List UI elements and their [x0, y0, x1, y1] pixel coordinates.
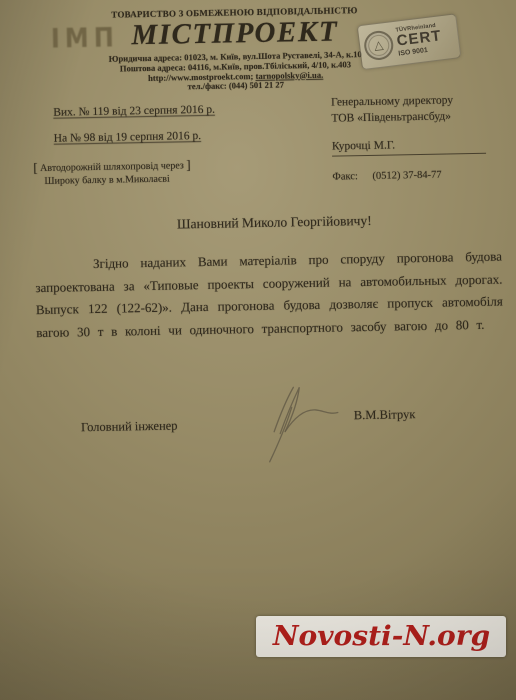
open-bracket: [	[33, 160, 38, 175]
subject-note: [ Автодорожній шляхопровід через ] Широк…	[33, 159, 191, 188]
signatory-name: В.М.Вітрук	[354, 407, 416, 423]
outgoing-ref-line: Вих. № 119 від 23 серпня 2016 р.	[53, 97, 215, 126]
letterhead: ТОВАРИСТВО З ОБМЕЖЕНОЮ ВІДПОВІДАЛЬНІСТЮ …	[98, 5, 371, 94]
salutation: Шановний Миколо Георгійовичу!	[0, 210, 514, 235]
iso-cert-stamp: △ TÜVRheinland CERT ISO 9001	[357, 13, 462, 70]
subject-note-line2: Широку балку в м.Миколаєві	[33, 173, 191, 188]
signatory-title: Головний інженер	[81, 418, 178, 435]
recipient-fax-line: Факс: (0512) 37-84-77	[332, 167, 500, 186]
close-bracket: ]	[186, 157, 191, 172]
company-name: МІСТПРОЕКТ	[99, 15, 372, 53]
letter-body-paragraph: Згідно наданих Вами матеріалів про спору…	[35, 246, 504, 345]
reference-numbers: Вих. № 119 від 23 серпня 2016 р. На № 98…	[53, 97, 216, 152]
watermark-text: Novosti-N.org	[272, 621, 489, 652]
fax-label: Факс:	[332, 169, 358, 185]
recipient-block: Генеральному директору ТОВ «Південьтранс…	[331, 92, 501, 186]
tuv-seal-icon: △	[363, 29, 395, 61]
handwritten-signature	[251, 372, 353, 464]
recipient-name: Курочці М.Г.	[332, 136, 486, 157]
letterhead-addresses: Юридична адреса: 01023, м. Київ, вул.Шот…	[99, 50, 372, 94]
email-address: tarnopolsky@i.ua.	[255, 69, 323, 80]
letter-content: ІМП ТОВАРИСТВО З ОБМЕЖЕНОЮ ВІДПОВІДАЛЬНІ…	[0, 0, 516, 700]
fax-number: (0512) 37-84-77	[372, 170, 441, 182]
recipient-company: ТОВ «Південьтрансбуд»	[331, 108, 499, 127]
photographed-letter: ІМП ТОВАРИСТВО З ОБМЕЖЕНОЮ ВІДПОВІДАЛЬНІ…	[0, 0, 516, 700]
news-site-watermark: Novosti-N.org	[256, 616, 506, 657]
cert-stamp-text: TÜVRheinland CERT ISO 9001	[395, 23, 443, 58]
reply-ref-line: На № 98 від 19 серпня 2016 р.	[53, 123, 215, 152]
